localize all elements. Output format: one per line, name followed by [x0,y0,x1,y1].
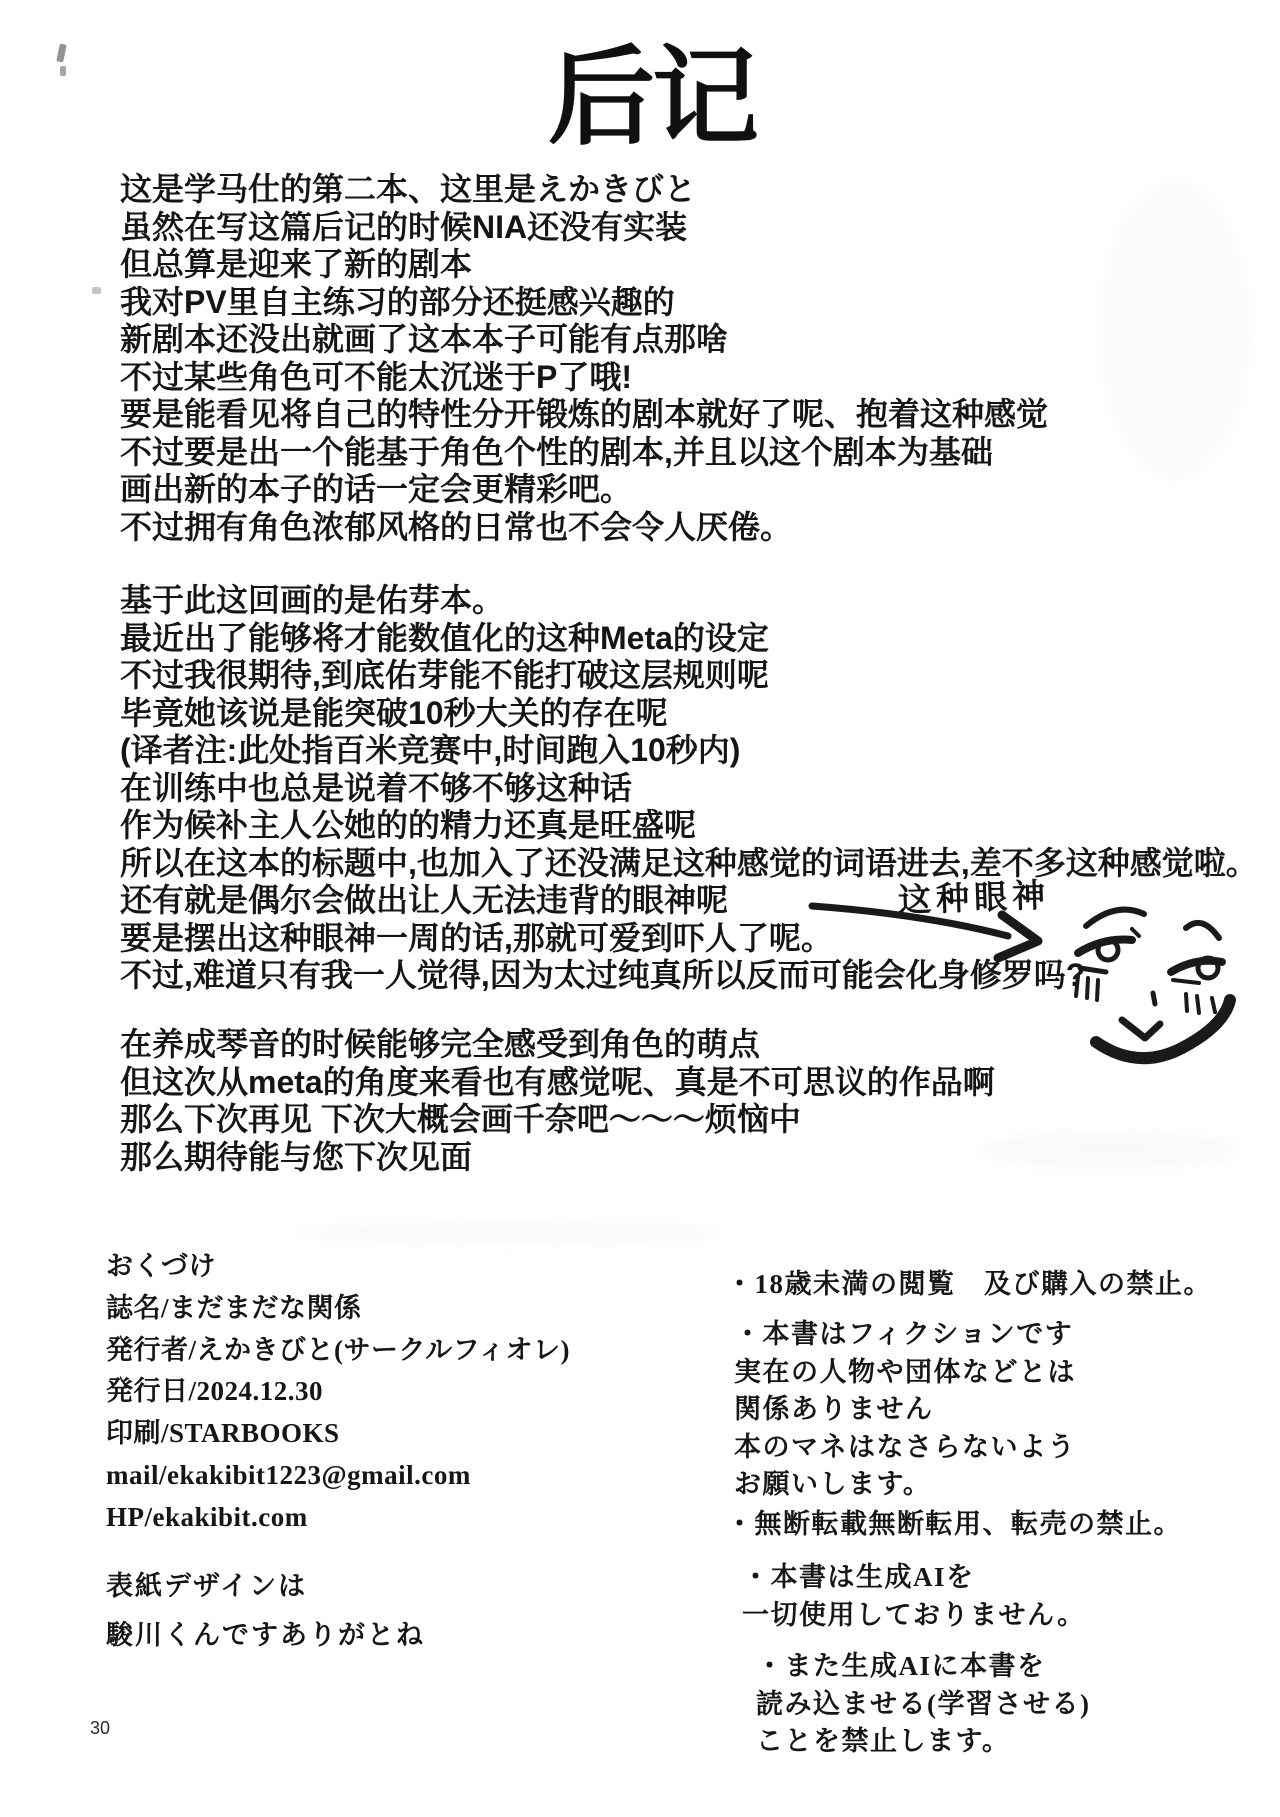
afterword-line: 不过我很期待,到底佑芽能不能打破这层规则呢 [120,657,1258,695]
scan-smudge [300,1220,720,1246]
notice-line: 関係ありません [734,1391,1076,1429]
afterword-paragraph-2: 基于此这回画的是佑芽本。 最近出了能够将才能数值化的这种Meta的设定 不过我很… [120,582,1258,995]
jaw-line [1096,1000,1230,1058]
afterword-line: 那么下次再见 下次大概会画千奈吧～～～烦恼中 [120,1101,995,1139]
afterword-page: 后记 这是学马仕的第二本、这里是えかきびと 虽然在写这篇后记的时候NIA还没有实… [0,0,1280,1817]
notice-age-restriction: ・18歳未満の閲覧 及び購入の禁止。 [726,1266,1212,1302]
afterword-line: 要是能看见将自己的特性分开锻炼的剧本就好了呢、抱着这种感觉 [120,396,1048,434]
scan-smudge [980,1130,1240,1170]
right-blush-lines [1186,994,1215,1013]
notice-fiction-disclaimer: ・本書はフィクションです 実在の人物や団体などとは 関係ありません 本のマネはな… [734,1316,1076,1504]
notice-line: ・また生成AIに本書を [756,1648,1090,1686]
colophon-line-homepage: HP/ekakibit.com [106,1497,570,1539]
afterword-line: 还有就是偶尔会做出让人无法违背的眼神呢 [120,882,1258,920]
notice-no-unauthorized-use: ・無断転載無断転用、転売の禁止。 [726,1506,1182,1542]
scan-speck [60,66,66,76]
scan-smudge [1100,180,1250,480]
afterword-line: 最近出了能够将才能数值化的这种Meta的设定 [120,620,1258,658]
afterword-line: 不过某些角色可不能太沉迷于P了哦! [120,359,1048,397]
colophon-line-title: 誌名/まだまだな関係 [106,1288,570,1330]
scan-speck [56,43,67,62]
afterword-line: 不过拥有角色浓郁风格的日常也不会令人厌倦。 [120,509,1048,547]
afterword-line: 新剧本还没出就画了这本本子可能有点那啥 [120,321,1048,359]
afterword-line: 毕竟她该说是能突破10秒大关的存在呢 [120,695,1258,733]
notice-line: ・本書はフィクションです [734,1316,1076,1354]
notice-line: 一切使用しておりません。 [742,1596,1086,1634]
notice-line: ・本書は生成AIを [742,1558,1086,1596]
colophon: おくづけ 誌名/まだまだな関係 発行者/えかきびと(サークルフィオレ) 発行日/… [106,1246,570,1539]
colophon-line-mail: mail/ekakibit1223@gmail.com [106,1455,570,1497]
afterword-line: 作为候补主人公她的的精力还真是旺盛呢 [120,807,1258,845]
notice-line: 本のマネはなさらないよう [734,1429,1076,1467]
afterword-line: 画出新的本子的话一定会更精彩吧。 [120,471,1048,509]
nose-dash [1153,993,1155,1004]
page-title: 后记 [548,46,756,153]
afterword-line: 这是学马仕的第二本、这里是えかきびと [120,171,1048,209]
page-number: 30 [90,1718,110,1739]
colophon-line-printer: 印刷/STARBOOKS [106,1413,570,1455]
afterword-line: 在养成琴音的时候能够完全感受到角色的萌点 [120,1026,995,1064]
mouth [1122,1020,1160,1038]
colophon-heading: おくづけ [106,1246,570,1288]
cover-design-credit: 表紙デザインは 駿川くんですありがとね [106,1562,425,1660]
afterword-paragraph-3: 在养成琴音的时候能够完全感受到角色的萌点 但这次从meta的角度来看也有感觉呢、… [120,1026,995,1176]
colophon-line-date: 発行日/2024.12.30 [106,1371,570,1413]
cover-credit-line: 駿川くんですありがとね [106,1611,425,1660]
afterword-line: 但总算是迎来了新的剧本 [120,246,1048,284]
notice-no-ai-training: ・また生成AIに本書を 読み込ませる(学習させる) ことを禁止します。 [756,1648,1090,1761]
colophon-line-publisher: 発行者/えかきびと(サークルフィオレ) [106,1330,570,1372]
afterword-line: 我对PV里自主练习的部分还挺感兴趣的 [120,284,1048,322]
notice-line: お願いします。 [734,1466,1076,1504]
cover-credit-line: 表紙デザインは [106,1562,425,1611]
afterword-line: 但这次从meta的角度来看也有感觉呢、真是不可思议的作品啊 [120,1064,995,1102]
afterword-line: 基于此这回画的是佑芽本。 [120,582,1258,620]
afterword-line: 那么期待能与您下次见面 [120,1139,995,1177]
afterword-line: 不过要是出一个能基于角色个性的剧本,并且以这个剧本为基础 [120,434,1048,472]
notice-line: ことを禁止します。 [756,1723,1090,1761]
afterword-line: (译者注:此处指百米竞赛中,时间跑入10秒内) [120,732,1258,770]
afterword-paragraph-1: 这是学马仕的第二本、这里是えかきびと 虽然在写这篇后记的时候NIA还没有实装 但… [120,171,1048,546]
afterword-line: 所以在这本的标题中,也加入了还没满足这种感觉的词语进去,差不多这种感觉啦。 [120,845,1258,883]
scan-speck [92,287,101,294]
notice-no-generative-ai: ・本書は生成AIを 一切使用しておりません。 [742,1558,1086,1634]
afterword-line: 不过,难道只有我一人觉得,因为太过纯真所以反而可能会化身修罗吗? [120,957,1258,995]
eye-gaze-label: 这种眼神 [897,869,1051,921]
afterword-line: 在训练中也总是说着不够不够这种话 [120,770,1258,808]
notice-line: 実在の人物や団体などとは [734,1354,1076,1392]
afterword-line: 要是摆出这种眼神一周的话,那就可爱到吓人了呢。 [120,920,1258,958]
notice-line: 読み込ませる(学習させる) [756,1686,1090,1724]
afterword-line: 虽然在写这篇后记的时候NIA还没有实装 [120,209,1048,247]
